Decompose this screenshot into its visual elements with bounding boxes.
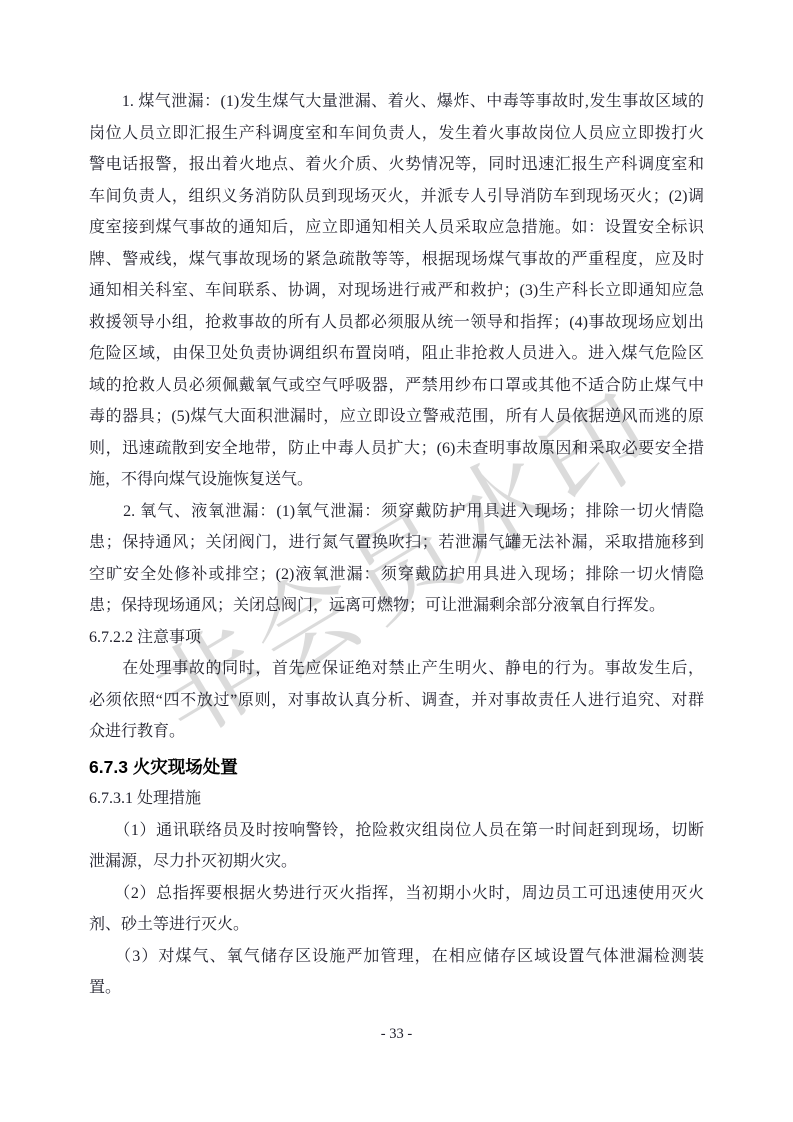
text-line: 众进行教育。 <box>89 716 704 748</box>
text-line: 岗位人员立即汇报生产科调度室和车间负责人，发生着火事故岗位人员应立即拨打火 <box>89 118 704 150</box>
subsection-heading: 6.7.3.1 处理措施 <box>89 783 704 815</box>
text-line: （3）对煤气、氧气储存区设施严加管理，在相应储存区域设置气体泄漏检测装 <box>89 941 704 973</box>
text-line: 则，迅速疏散到安全地带，防止中毒人员扩大；(6)未查明事故原因和采取必要安全措 <box>89 433 704 465</box>
text-line: 1. 煤气泄漏：(1)发生煤气大量泄漏、着火、爆炸、中毒等事故时,发生事故区域的 <box>89 86 704 118</box>
text-line: 救援领导小组，抢救事故的所有人员都必须服从统一领导和指挥；(4)事故现场应划出 <box>89 307 704 339</box>
subsection-heading: 6.7.2.2 注意事项 <box>89 622 704 654</box>
text-line: 患；保持现场通风；关闭总阀门，远离可燃物；可让泄漏剩余部分液氧自行挥发。 <box>89 590 704 622</box>
text-line: 置。 <box>89 972 704 1004</box>
document-body: 1. 煤气泄漏：(1)发生煤气大量泄漏、着火、爆炸、中毒等事故时,发生事故区域的… <box>89 86 704 1004</box>
section-heading: 6.7.3 火灾现场处置 <box>89 752 704 784</box>
text-line: 毒的器具；(5)煤气大面积泄漏时，应立即设立警戒范围，所有人员依据逆风而逃的原 <box>89 401 704 433</box>
text-line: 在处理事故的同时，首先应保证绝对禁止产生明火、静电的行为。事故发生后， <box>89 653 704 685</box>
text-line: 通知相关科室、车间联系、协调，对现场进行戒严和救护；(3)生产科长立即通知应急 <box>89 275 704 307</box>
text-line: 度室接到煤气事故的通知后，应立即通知相关人员采取应急措施。如：设置安全标识 <box>89 212 704 244</box>
text-line: （1）通讯联络员及时按响警铃，抢险救灾组岗位人员在第一时间赶到现场，切断 <box>89 815 704 847</box>
text-line: 患；保持通风；关闭阀门，进行氮气置换吹扫；若泄漏气罐无法补漏，采取措施移到 <box>89 527 704 559</box>
text-line: 警电话报警，报出着火地点、着火介质、火势情况等，同时迅速汇报生产科调度室和 <box>89 149 704 181</box>
text-line: 2. 氧气、液氧泄漏：(1)氧气泄漏：须穿戴防护用具进入现场；排除一切火情隐 <box>89 496 704 528</box>
text-line: 泄漏源，尽力扑灭初期火灾。 <box>89 846 704 878</box>
text-line: 车间负责人，组织义务消防队员到现场灭火，并派专人引导消防车到现场灭火；(2)调 <box>89 181 704 213</box>
text-line: 域的抢救人员必须佩戴氧气或空气呼吸器，严禁用纱布口罩或其他不适合防止煤气中 <box>89 370 704 402</box>
text-line: 施，不得向煤气设施恢复送气。 <box>89 464 704 496</box>
text-line: 必须依照“四不放过”原则，对事故认真分析、调查，并对事故责任人进行追究、对群 <box>89 685 704 717</box>
page-number: - 33 - <box>0 1026 793 1043</box>
document-page: 非会员水印 1. 煤气泄漏：(1)发生煤气大量泄漏、着火、爆炸、中毒等事故时,发… <box>0 0 793 1122</box>
text-line: 剂、砂土等进行灭火。 <box>89 909 704 941</box>
text-line: 危险区域，由保卫处负责协调组织布置岗哨，阻止非抢救人员进入。进入煤气危险区 <box>89 338 704 370</box>
text-line: （2）总指挥要根据火势进行灭火指挥，当初期小火时，周边员工可迅速使用灭火 <box>89 878 704 910</box>
text-line: 空旷安全处修补或排空；(2)液氧泄漏：须穿戴防护用具进入现场；排除一切火情隐 <box>89 559 704 591</box>
text-line: 牌、警戒线，煤气事故现场的紧急疏散等等，根据现场煤气事故的严重程度，应及时 <box>89 244 704 276</box>
